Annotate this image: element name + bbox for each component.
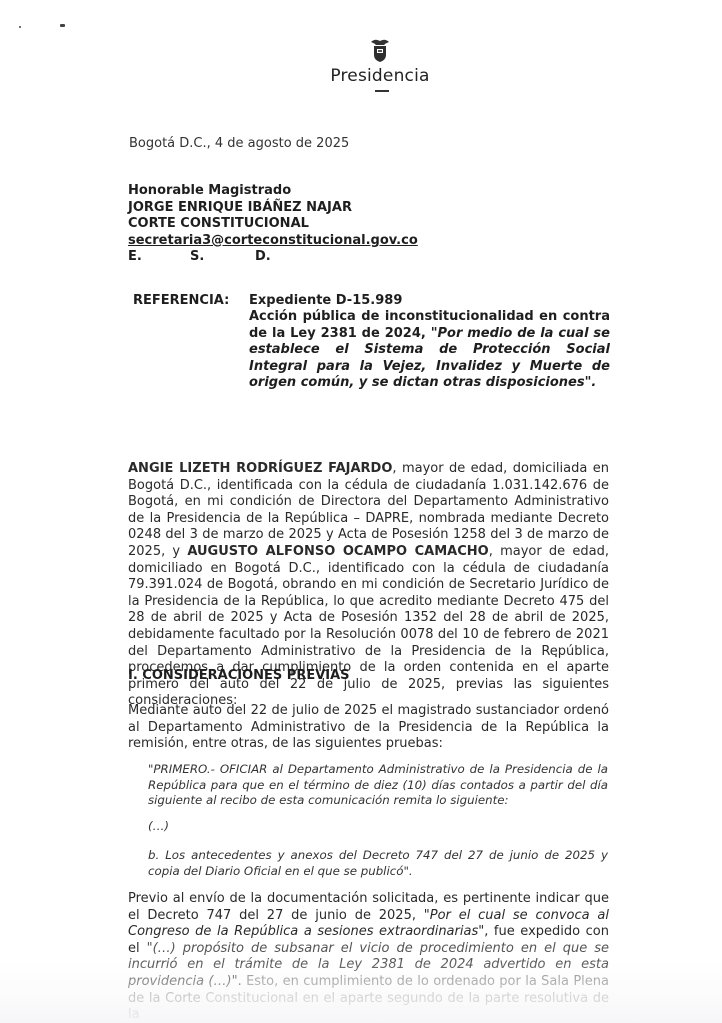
scan-speck (60, 24, 65, 27)
reference-body: Expediente D-15.989 Acción pública de in… (249, 293, 610, 391)
expediente-number: Expediente D-15.989 (249, 293, 610, 309)
signatory-name-1: ANGIE LIZETH RODRÍGUEZ FAJARDO (128, 461, 392, 476)
document-page: Presidencia Bogotá D.C., 4 de agosto de … (0, 0, 722, 1023)
section-paragraph: Mediante auto del 22 de julio de 2025 el… (128, 703, 609, 753)
colombia-coat-of-arms-icon (369, 38, 391, 64)
section-heading: I. CONSIDERACIONES PREVIAS (128, 668, 350, 683)
court-name: CORTE CONSTITUCIONAL (128, 216, 418, 233)
salutation: Honorable Magistrado (128, 183, 418, 200)
magistrate-name: JORGE ENRIQUE IBÁÑEZ NAJAR (128, 200, 418, 217)
closing-text-3: . (238, 974, 247, 989)
closing-paragraph: Previo al envío de la documentación soli… (128, 891, 609, 1023)
quote-ellipsis: (…) (148, 819, 608, 835)
presidencia-logo: Presidencia (300, 38, 460, 92)
addressee-block: Honorable Magistrado JORGE ENRIQUE IBÁÑE… (128, 183, 418, 266)
reference-description: Acción pública de inconstitucionalidad e… (249, 309, 610, 391)
scan-speck (19, 26, 21, 28)
signatory-name-2: AUGUSTO ALFONSO OCAMPO CAMACHO (187, 544, 488, 559)
quote-primero: "PRIMERO.- OFICIAR al Departamento Admin… (148, 762, 608, 809)
reference-label: REFERENCIA: (133, 293, 229, 308)
esd-d: D. (255, 249, 271, 266)
quote-item-b: b. Los antecedentes y anexos del Decreto… (148, 848, 608, 879)
date-line: Bogotá D.C., 4 de agosto de 2025 (129, 136, 349, 151)
logo-underline (375, 90, 389, 92)
esd-s: S. (190, 249, 255, 266)
esd-e: E. (128, 249, 190, 266)
esd-line: E. S. D. (128, 249, 418, 266)
court-email-link[interactable]: secretaria3@corteconstitucional.gov.co (128, 233, 418, 250)
intro-text-2: , mayor de edad, domiciliado en Bogotá D… (128, 544, 609, 708)
logo-text: Presidencia (300, 66, 460, 86)
